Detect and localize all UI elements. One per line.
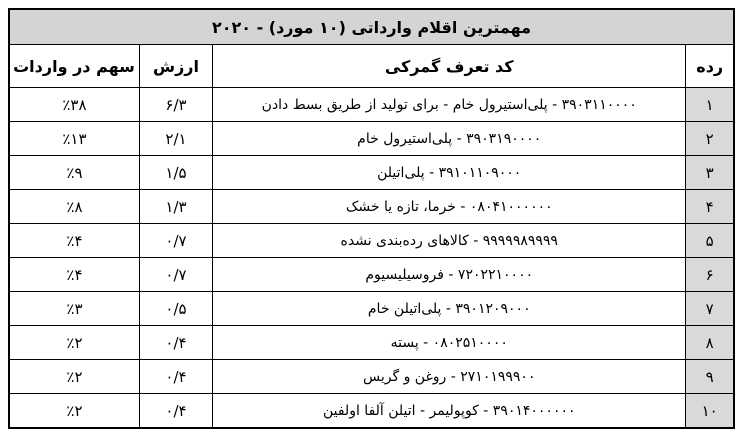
value-cell: ۰/۴ [139,360,212,394]
share-cell: ٪۳۸ [9,88,139,122]
share-cell: ٪۴ [9,258,139,292]
share-cell: ٪۲ [9,360,139,394]
value-cell: ۶/۳ [139,88,212,122]
value-cell: ۱/۵ [139,156,212,190]
value-cell: ۰/۷ [139,258,212,292]
value-cell: ۰/۴ [139,326,212,360]
imports-table: مهمترین اقلام وارداتی (۱۰ مورد) - ۲۰۲۰ ر… [8,8,735,429]
value-cell: ۲/۱ [139,122,212,156]
table-row: ۲۳۹۰۳۱۹۰۰۰۰ - پلی‌استیرول خام۲/۱٪۱۳ [9,122,734,156]
value-cell: ۱/۳ [139,190,212,224]
rank-cell: ۸ [686,326,734,360]
code-cell: ۳۹۰۱۴۰۰۰۰۰۰ - کوپولیمر - اتیلن آلفا اولف… [213,394,686,429]
rank-cell: ۶ [686,258,734,292]
code-cell: ۹۹۹۹۹۸۹۹۹۹ - کالاهای رده‌بندی نشده [213,224,686,258]
rank-cell: ۵ [686,224,734,258]
code-cell: ۳۹۰۱۲۰۹۰۰۰ - پلی‌اتیلن خام [213,292,686,326]
code-cell: ۷۲۰۲۲۱۰۰۰۰ - فروسیلیسیوم [213,258,686,292]
header-share: سهم در واردات [9,45,139,88]
rank-cell: ۴ [686,190,734,224]
table-row: ۵۹۹۹۹۹۸۹۹۹۹ - کالاهای رده‌بندی نشده۰/۷٪۴ [9,224,734,258]
header-row: رده کد تعرف گمرکی ارزش سهم در واردات [9,45,734,88]
share-cell: ٪۳ [9,292,139,326]
rank-cell: ۲ [686,122,734,156]
rank-cell: ۹ [686,360,734,394]
header-code: کد تعرف گمرکی [213,45,686,88]
header-value: ارزش [139,45,212,88]
table-row: ۹۲۷۱۰۱۹۹۹۰۰ - روغن و گریس۰/۴٪۲ [9,360,734,394]
code-cell: ۰۸۰۴۱۰۰۰۰۰۰ - خرما، تازه یا خشک [213,190,686,224]
share-cell: ٪۲ [9,394,139,429]
rank-cell: ۳ [686,156,734,190]
rank-cell: ۱۰ [686,394,734,429]
code-cell: ۳۹۱۰۱۱۰۹۰۰۰ - پلی‌اتیلن [213,156,686,190]
share-cell: ٪۴ [9,224,139,258]
title-row: مهمترین اقلام وارداتی (۱۰ مورد) - ۲۰۲۰ [9,9,734,45]
share-cell: ٪۱۳ [9,122,139,156]
value-cell: ۰/۵ [139,292,212,326]
table-row: ۴۰۸۰۴۱۰۰۰۰۰۰ - خرما، تازه یا خشک۱/۳٪۸ [9,190,734,224]
table-row: ۱۰۳۹۰۱۴۰۰۰۰۰۰ - کوپولیمر - اتیلن آلفا او… [9,394,734,429]
value-cell: ۰/۴ [139,394,212,429]
rank-cell: ۱ [686,88,734,122]
header-rank: رده [686,45,734,88]
table-row: ۳۳۹۱۰۱۱۰۹۰۰۰ - پلی‌اتیلن۱/۵٪۹ [9,156,734,190]
code-cell: ۳۹۰۳۱۱۰۰۰۰ - پلی‌استیرول خام - برای تولی… [213,88,686,122]
rank-cell: ۷ [686,292,734,326]
code-cell: ۲۷۱۰۱۹۹۹۰۰ - روغن و گریس [213,360,686,394]
page: مهمترین اقلام وارداتی (۱۰ مورد) - ۲۰۲۰ ر… [0,0,743,444]
share-cell: ٪۹ [9,156,139,190]
code-cell: ۳۹۰۳۱۹۰۰۰۰ - پلی‌استیرول خام [213,122,686,156]
table-row: ۶۷۲۰۲۲۱۰۰۰۰ - فروسیلیسیوم۰/۷٪۴ [9,258,734,292]
code-cell: ۰۸۰۲۵۱۰۰۰۰ - پسته [213,326,686,360]
value-cell: ۰/۷ [139,224,212,258]
table-row: ۷۳۹۰۱۲۰۹۰۰۰ - پلی‌اتیلن خام۰/۵٪۳ [9,292,734,326]
table-title: مهمترین اقلام وارداتی (۱۰ مورد) - ۲۰۲۰ [9,9,734,45]
share-cell: ٪۸ [9,190,139,224]
table-row: ۸۰۸۰۲۵۱۰۰۰۰ - پسته۰/۴٪۲ [9,326,734,360]
table-body: ۱۳۹۰۳۱۱۰۰۰۰ - پلی‌استیرول خام - برای تول… [9,88,734,429]
share-cell: ٪۲ [9,326,139,360]
table-row: ۱۳۹۰۳۱۱۰۰۰۰ - پلی‌استیرول خام - برای تول… [9,88,734,122]
